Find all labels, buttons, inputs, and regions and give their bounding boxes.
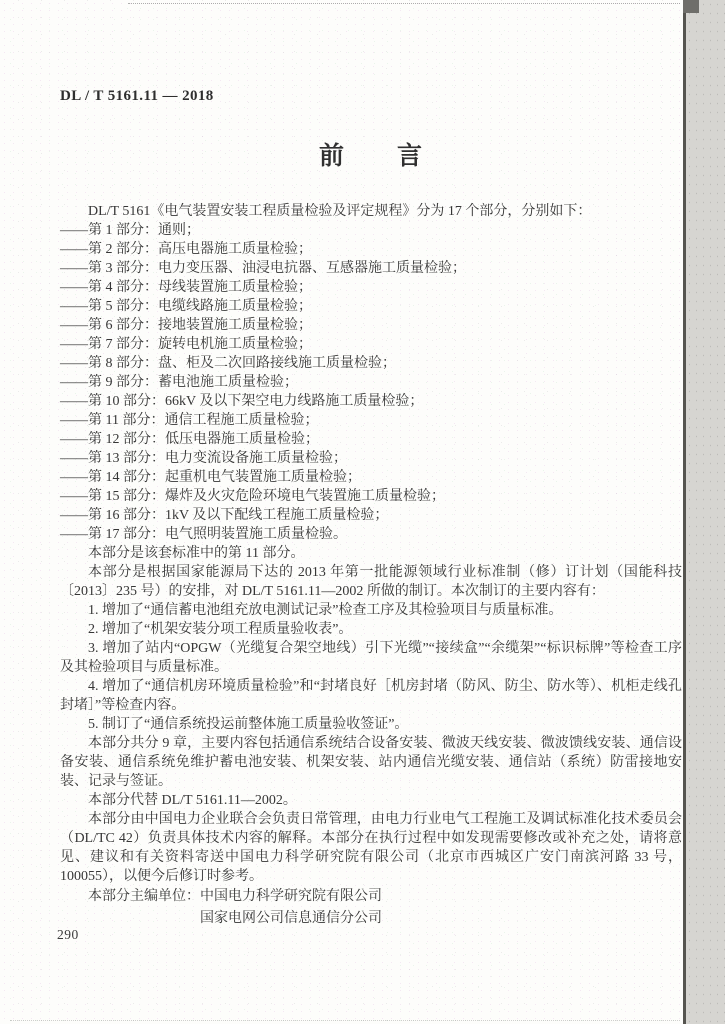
paragraph-position-note: 本部分是该套标准中的第 11 部分。 [60,544,682,563]
part-item-9: ——第 9 部分：蓄电池施工质量检验； [60,373,682,392]
part-item-4: ——第 4 部分：母线装置施工质量检验； [60,278,682,297]
chief-editor-name-2: 国家电网公司信息通信分公司 [200,908,382,930]
part-item-15: ——第 15 部分：爆炸及火灾危险环境电气装置施工质量检验； [60,487,682,506]
chief-editor-label: 本部分主编单位： [88,886,200,930]
part-item-5: ——第 5 部分：电缆线路施工质量检验； [60,297,682,316]
part-item-16: ——第 16 部分：1kV 及以下配线工程施工质量检验； [60,506,682,525]
page-number: 290 [57,927,79,943]
part-item-8: ——第 8 部分：盘、柜及二次回路接线施工质量检验； [60,354,682,373]
part-item-1: ——第 1 部分：通则； [60,221,682,240]
chief-editor-name-1: 中国电力科学研究院有限公司 [200,886,382,908]
paragraph-scope: 本部分共分 9 章，主要内容包括通信系统结合设备安装、微波天线安装、微波馈线安装… [60,734,682,791]
standard-number-header: DL / T 5161.11 — 2018 [60,86,682,106]
page-content: DL / T 5161.11 — 2018 前 言 DL/T 5161《电气装置… [60,0,682,930]
scan-edge-strip [683,0,725,1024]
part-item-7: ——第 7 部分：旋转电机施工质量检验； [60,335,682,354]
part-item-3: ——第 3 部分：电力变压器、油浸电抗器、互感器施工质量检验； [60,259,682,278]
chief-editor-names: 中国电力科学研究院有限公司 国家电网公司信息通信分公司 [200,886,382,930]
part-item-11: ——第 11 部分：通信工程施工质量检验； [60,411,682,430]
part-item-10: ——第 10 部分：66kV 及以下架空电力线路施工质量检验； [60,392,682,411]
revision-item-4: 4. 增加了“通信机房环境质量检验”和“封堵良好［机房封堵（防风、防尘、防水等）… [60,677,682,715]
paragraph-management: 本部分由中国电力企业联合会负责日常管理，由电力行业电气工程施工及调试标准化技术委… [60,810,682,886]
revision-item-1: 1. 增加了“通信蓄电池组充放电测试记录”检查工序及其检验项目与质量标准。 [60,601,682,620]
document-page: DL / T 5161.11 — 2018 前 言 DL/T 5161《电气装置… [0,0,725,1024]
part-item-12: ——第 12 部分：低压电器施工质量检验； [60,430,682,449]
revision-item-5: 5. 制订了“通信系统投运前整体施工质量验收签证”。 [60,715,682,734]
paragraph-replaces: 本部分代替 DL/T 5161.11—2002。 [60,791,682,810]
part-item-13: ——第 13 部分：电力变流设备施工质量检验； [60,449,682,468]
revision-item-2: 2. 增加了“机架安装分项工程质量验收表”。 [60,620,682,639]
foreword-body: DL/T 5161《电气装置安装工程质量检验及评定规程》分为 17 个部分，分别… [60,202,682,930]
revision-item-3: 3. 增加了站内“OPGW（光缆复合架空地线）引下光缆”“接续盒”“余缆架”“标… [60,639,682,677]
chief-editor-block: 本部分主编单位： 中国电力科学研究院有限公司 国家电网公司信息通信分公司 [60,886,682,930]
paragraph-basis: 本部分是根据国家能源局下达的 2013 年第一批能源领域行业标准制（修）订计划（… [60,563,682,601]
part-item-6: ——第 6 部分：接地装置施工质量检验； [60,316,682,335]
part-item-2: ——第 2 部分：高压电器施工质量检验； [60,240,682,259]
page-title: 前 言 [60,142,682,172]
foreword-intro: DL/T 5161《电气装置安装工程质量检验及评定规程》分为 17 个部分，分别… [60,202,682,221]
part-item-17: ——第 17 部分：电气照明装置施工质量检验。 [60,525,682,544]
scan-artifact-bottom-line [10,1020,680,1021]
part-item-14: ——第 14 部分：起重机电气装置施工质量检验； [60,468,682,487]
